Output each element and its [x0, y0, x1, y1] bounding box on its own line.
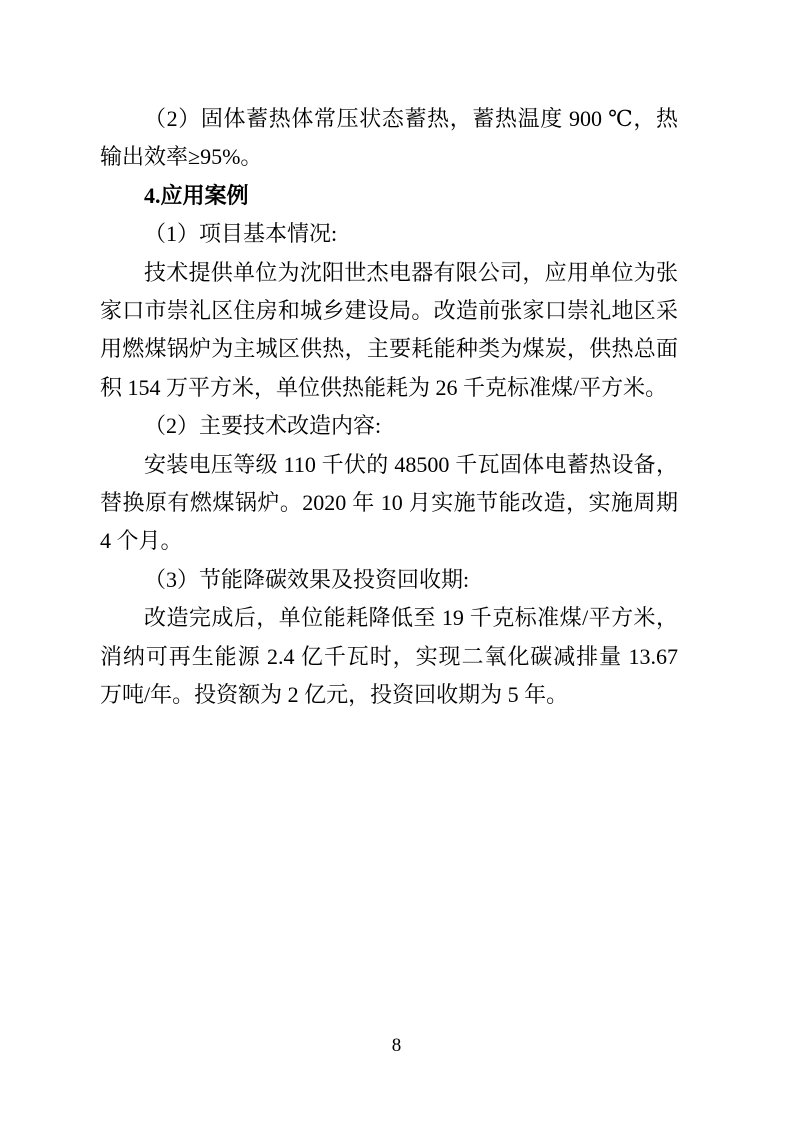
- text-line: 用燃煤锅炉为主城区供热，主要耗能种类为煤炭，供热总面: [100, 330, 678, 368]
- paragraph: （3）节能降碳效果及投资回收期:: [100, 561, 678, 599]
- text-line: 技术提供单位为沈阳世杰电器有限公司，应用单位为张: [100, 254, 678, 292]
- text-line: 4 个月。: [100, 522, 678, 560]
- paragraph: 改造完成后，单位能耗降低至 19 千克标准煤/平方米，消纳可再生能源 2.4 亿…: [100, 599, 678, 714]
- paragraph: 技术提供单位为沈阳世杰电器有限公司，应用单位为张家口市崇礼区住房和城乡建设局。改…: [100, 254, 678, 408]
- document-body: （2）固体蓄热体常压状态蓄热，蓄热温度 900 ℃，热输出效率≥95%。4.应用…: [100, 100, 678, 715]
- document-page: （2）固体蓄热体常压状态蓄热，蓄热温度 900 ℃，热输出效率≥95%。4.应用…: [0, 0, 793, 1123]
- text-line: 替换原有燃煤锅炉。2020 年 10 月实施节能改造，实施周期: [100, 484, 678, 522]
- paragraph: 安装电压等级 110 千伏的 48500 千瓦固体电蓄热设备，替换原有燃煤锅炉。…: [100, 446, 678, 561]
- text-line: 改造完成后，单位能耗降低至 19 千克标准煤/平方米，: [100, 599, 678, 637]
- paragraph: （1）项目基本情况:: [100, 215, 678, 253]
- text-line: 安装电压等级 110 千伏的 48500 千瓦固体电蓄热设备，: [100, 446, 678, 484]
- text-line: 4.应用案例: [100, 177, 678, 215]
- page-footer: 8: [0, 1035, 793, 1057]
- text-line: 万吨/年。投资额为 2 亿元，投资回收期为 5 年。: [100, 676, 678, 714]
- section-heading: 4.应用案例: [100, 177, 678, 215]
- paragraph: （2）主要技术改造内容:: [100, 407, 678, 445]
- page-number: 8: [392, 1035, 402, 1056]
- text-line: （3）节能降碳效果及投资回收期:: [100, 561, 678, 599]
- text-line: （2）主要技术改造内容:: [100, 407, 678, 445]
- text-line: 消纳可再生能源 2.4 亿千瓦时，实现二氧化碳减排量 13.67: [100, 638, 678, 676]
- paragraph: （2）固体蓄热体常压状态蓄热，蓄热温度 900 ℃，热输出效率≥95%。: [100, 100, 678, 177]
- text-line: （2）固体蓄热体常压状态蓄热，蓄热温度 900 ℃，热: [100, 100, 678, 138]
- text-line: 积 154 万平方米，单位供热能耗为 26 千克标准煤/平方米。: [100, 369, 678, 407]
- text-line: 家口市崇礼区住房和城乡建设局。改造前张家口崇礼地区采: [100, 292, 678, 330]
- text-line: （1）项目基本情况:: [100, 215, 678, 253]
- text-line: 输出效率≥95%。: [100, 138, 678, 176]
